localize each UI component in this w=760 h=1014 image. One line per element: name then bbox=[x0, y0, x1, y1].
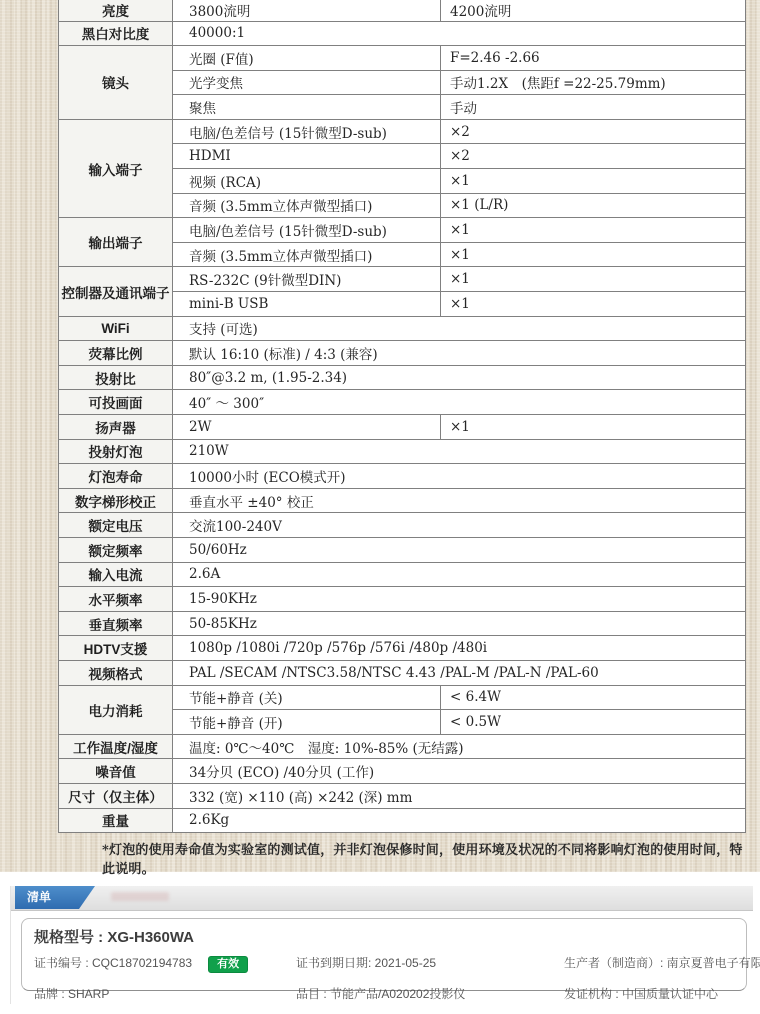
spec-value-cell: F=2.46 -2.66 bbox=[441, 46, 746, 71]
spec-label-cell: 灯泡寿命 bbox=[59, 464, 173, 489]
spec-value-cell: < 0.5W bbox=[441, 710, 746, 735]
spec-label-cell: 重量 bbox=[59, 808, 173, 833]
spec-label-cell: 输入端子 bbox=[59, 119, 173, 217]
spec-row: 视频格式PAL /SECAM /NTSC3.58/NTSC 4.43 /PAL-… bbox=[59, 660, 746, 685]
cert-field-brand: 品牌 : SHARP bbox=[34, 985, 296, 1002]
spec-row: 额定电压交流100-240V bbox=[59, 513, 746, 538]
spec-value-cell: 聚焦 bbox=[173, 95, 441, 120]
status-badge: 有效 bbox=[208, 956, 248, 973]
spec-label-cell: 输出端子 bbox=[59, 218, 173, 267]
spec-value-cell: 音频 (3.5mm立体声微型插口) bbox=[173, 193, 441, 218]
spec-value-cell: ×1 bbox=[441, 267, 746, 292]
spec-value-cell: 节能+静音 (开) bbox=[173, 710, 441, 735]
cert-field-text: 证书编号 : CQC18702194783 bbox=[34, 956, 192, 970]
cert-field-text: 品目 : 节能产品/A020202投影仪 bbox=[296, 987, 465, 1001]
spec-row: 投射比80″@3.2 m, (1.95-2.34) bbox=[59, 365, 746, 390]
spec-label-cell: 噪音值 bbox=[59, 759, 173, 784]
spec-row: 尺寸（仅主体）332 (宽) ×110 (高) ×242 (深) mm bbox=[59, 783, 746, 808]
cert-field-text: 证书到期日期: 2021-05-25 bbox=[296, 956, 436, 970]
spec-row: 亮度3800流明4200流明 bbox=[59, 0, 746, 21]
spec-value-cell: 电脑/色差信号 (15针微型D-sub) bbox=[173, 218, 441, 243]
spec-label-cell: HDTV支援 bbox=[59, 636, 173, 661]
spec-value-cell: 2.6A bbox=[173, 562, 746, 587]
spec-table: 亮度3800流明4200流明黑白对比度40000:1镜头光圈 (F值)F=2.4… bbox=[58, 0, 746, 833]
spec-row: 镜头光圈 (F值)F=2.46 -2.66 bbox=[59, 46, 746, 71]
spec-value-cell: 手动 bbox=[441, 95, 746, 120]
spec-label-cell: 额定频率 bbox=[59, 537, 173, 562]
spec-label-cell: 电力消耗 bbox=[59, 685, 173, 734]
certificate-panel: 规格型号 : XG-H360WA 证书编号 : CQC18702194783有效… bbox=[21, 918, 747, 991]
spec-row: 荧幕比例默认 16:10 (标准) / 4:3 (兼容) bbox=[59, 341, 746, 366]
spec-row: 工作温度/湿度温度: 0℃～40℃ 湿度: 10%-85% (无结露) bbox=[59, 734, 746, 759]
spec-row: WiFi支持 (可选) bbox=[59, 316, 746, 341]
cert-field-issuer: 发证机构 : 中国质量认证中心 bbox=[564, 985, 760, 1002]
spec-value-cell: 2.6Kg bbox=[173, 808, 746, 833]
spec-value-cell: ×2 bbox=[441, 119, 746, 144]
spec-row: 额定频率50/60Hz bbox=[59, 537, 746, 562]
spec-label-cell: 输入电流 bbox=[59, 562, 173, 587]
spec-row: 输入端子电脑/色差信号 (15针微型D-sub)×2 bbox=[59, 119, 746, 144]
spec-row: HDTV支援1080p /1080i /720p /576p /576i /48… bbox=[59, 636, 746, 661]
spec-value-cell: ×2 bbox=[441, 144, 746, 169]
spec-value-cell: 支持 (可选) bbox=[173, 316, 746, 341]
spec-row: 噪音值34分贝 (ECO) /40分贝 (工作) bbox=[59, 759, 746, 784]
spec-label-cell: 亮度 bbox=[59, 0, 173, 21]
spec-value-cell: 50/60Hz bbox=[173, 537, 746, 562]
spec-label-cell: 数字梯形校正 bbox=[59, 488, 173, 513]
spec-table-body: 亮度3800流明4200流明黑白对比度40000:1镜头光圈 (F值)F=2.4… bbox=[59, 0, 746, 833]
spec-value-cell: 节能+静音 (关) bbox=[173, 685, 441, 710]
tab-list[interactable]: 清单 bbox=[15, 886, 95, 909]
spec-value-cell: 手动1.2X (焦距f =22-25.79mm) bbox=[441, 70, 746, 95]
spec-row: 电力消耗节能+静音 (关)< 6.4W bbox=[59, 685, 746, 710]
spec-value-cell: 1080p /1080i /720p /576p /576i /480p /48… bbox=[173, 636, 746, 661]
cert-field-cert-number: 证书编号 : CQC18702194783有效 bbox=[34, 954, 296, 973]
spec-value-cell: mini-B USB bbox=[173, 292, 441, 317]
certificate-section: 清单 规格型号 : XG-H360WA 证书编号 : CQC1870219478… bbox=[10, 886, 753, 1004]
spec-label-cell: 可投画面 bbox=[59, 390, 173, 415]
spec-value-cell: 交流100-240V bbox=[173, 513, 746, 538]
spec-row: 垂直频率50-85KHz bbox=[59, 611, 746, 636]
cert-fields-grid: 证书编号 : CQC18702194783有效证书到期日期: 2021-05-2… bbox=[34, 954, 746, 1002]
cert-field-expiry-date: 证书到期日期: 2021-05-25 bbox=[296, 954, 564, 973]
cert-field-text: 品牌 : SHARP bbox=[34, 987, 109, 1001]
spec-value-cell: 视频 (RCA) bbox=[173, 169, 441, 194]
spec-row: 输入电流2.6A bbox=[59, 562, 746, 587]
spec-value-cell: 40000:1 bbox=[173, 21, 746, 46]
spec-value-cell: 电脑/色差信号 (15针微型D-sub) bbox=[173, 119, 441, 144]
spec-label-cell: WiFi bbox=[59, 316, 173, 341]
spec-value-cell: 2W bbox=[173, 415, 441, 440]
spec-label-cell: 工作温度/湿度 bbox=[59, 734, 173, 759]
spec-value-cell: 80″@3.2 m, (1.95-2.34) bbox=[173, 365, 746, 390]
model-title: 规格型号 : XG-H360WA bbox=[22, 919, 746, 947]
spec-label-cell: 水平频率 bbox=[59, 587, 173, 612]
spec-value-cell: 34分贝 (ECO) /40分贝 (工作) bbox=[173, 759, 746, 784]
spec-label-cell: 黑白对比度 bbox=[59, 21, 173, 46]
faint-tab-ghost bbox=[111, 892, 169, 901]
spec-row: 重量2.6Kg bbox=[59, 808, 746, 833]
spec-value-cell: 332 (宽) ×110 (高) ×242 (深) mm bbox=[173, 783, 746, 808]
spec-label-cell: 尺寸（仅主体） bbox=[59, 783, 173, 808]
spec-label-cell: 荧幕比例 bbox=[59, 341, 173, 366]
spec-value-cell: 垂直水平 ±40° 校正 bbox=[173, 488, 746, 513]
spec-row: 扬声器2W×1 bbox=[59, 415, 746, 440]
spec-value-cell: ×1 bbox=[441, 169, 746, 194]
spec-label-cell: 垂直频率 bbox=[59, 611, 173, 636]
spec-value-cell: 3800流明 bbox=[173, 0, 441, 21]
spec-value-cell: RS-232C (9针微型DIN) bbox=[173, 267, 441, 292]
spec-row: 控制器及通讯端子RS-232C (9针微型DIN)×1 bbox=[59, 267, 746, 292]
spec-value-cell: ×1 bbox=[441, 292, 746, 317]
spec-value-cell: 光学变焦 bbox=[173, 70, 441, 95]
spec-row: 输出端子电脑/色差信号 (15针微型D-sub)×1 bbox=[59, 218, 746, 243]
spec-value-cell: ×1 (L/R) bbox=[441, 193, 746, 218]
lamp-life-footnote: *灯泡的使用寿命值为实验室的测试值，并非灯泡保修时间，使用环境及状况的不同将影响… bbox=[102, 839, 750, 877]
spec-value-cell: ×1 bbox=[441, 218, 746, 243]
spec-label-cell: 视频格式 bbox=[59, 660, 173, 685]
tab-bar: 清单 bbox=[11, 886, 753, 911]
spec-value-cell: HDMI bbox=[173, 144, 441, 169]
cert-field-category: 品目 : 节能产品/A020202投影仪 bbox=[296, 985, 564, 1002]
spec-value-cell: 40″ ～ 300″ bbox=[173, 390, 746, 415]
spec-label-cell: 镜头 bbox=[59, 46, 173, 120]
spec-label-cell: 额定电压 bbox=[59, 513, 173, 538]
spec-value-cell: 10000小时 (ECO模式开) bbox=[173, 464, 746, 489]
spec-value-cell: 光圈 (F值) bbox=[173, 46, 441, 71]
spec-row: 黑白对比度40000:1 bbox=[59, 21, 746, 46]
spec-value-cell: ×1 bbox=[441, 415, 746, 440]
cert-field-text: 生产者（制造商）: 南京夏普电子有限公司 bbox=[564, 956, 760, 970]
spec-label-cell: 控制器及通讯端子 bbox=[59, 267, 173, 316]
spec-value-cell: 默认 16:10 (标准) / 4:3 (兼容) bbox=[173, 341, 746, 366]
cert-field-text: 发证机构 : 中国质量认证中心 bbox=[564, 987, 718, 1001]
spec-value-cell: PAL /SECAM /NTSC3.58/NTSC 4.43 /PAL-M /P… bbox=[173, 660, 746, 685]
spec-row: 数字梯形校正垂直水平 ±40° 校正 bbox=[59, 488, 746, 513]
spec-row: 灯泡寿命10000小时 (ECO模式开) bbox=[59, 464, 746, 489]
spec-value-cell: < 6.4W bbox=[441, 685, 746, 710]
spec-row: 可投画面40″ ～ 300″ bbox=[59, 390, 746, 415]
spec-label-cell: 投射比 bbox=[59, 365, 173, 390]
spec-value-cell: 温度: 0℃～40℃ 湿度: 10%-85% (无结露) bbox=[173, 734, 746, 759]
spec-value-cell: 210W bbox=[173, 439, 746, 464]
spec-value-cell: 4200流明 bbox=[441, 0, 746, 21]
spec-label-cell: 投射灯泡 bbox=[59, 439, 173, 464]
spec-row: 投射灯泡210W bbox=[59, 439, 746, 464]
spec-row: 水平频率15-90KHz bbox=[59, 587, 746, 612]
spec-label-cell: 扬声器 bbox=[59, 415, 173, 440]
spec-value-cell: 15-90KHz bbox=[173, 587, 746, 612]
cert-field-manufacturer: 生产者（制造商）: 南京夏普电子有限公司 bbox=[564, 954, 760, 973]
spec-value-cell: ×1 bbox=[441, 242, 746, 267]
spec-value-cell: 50-85KHz bbox=[173, 611, 746, 636]
spec-value-cell: 音频 (3.5mm立体声微型插口) bbox=[173, 242, 441, 267]
